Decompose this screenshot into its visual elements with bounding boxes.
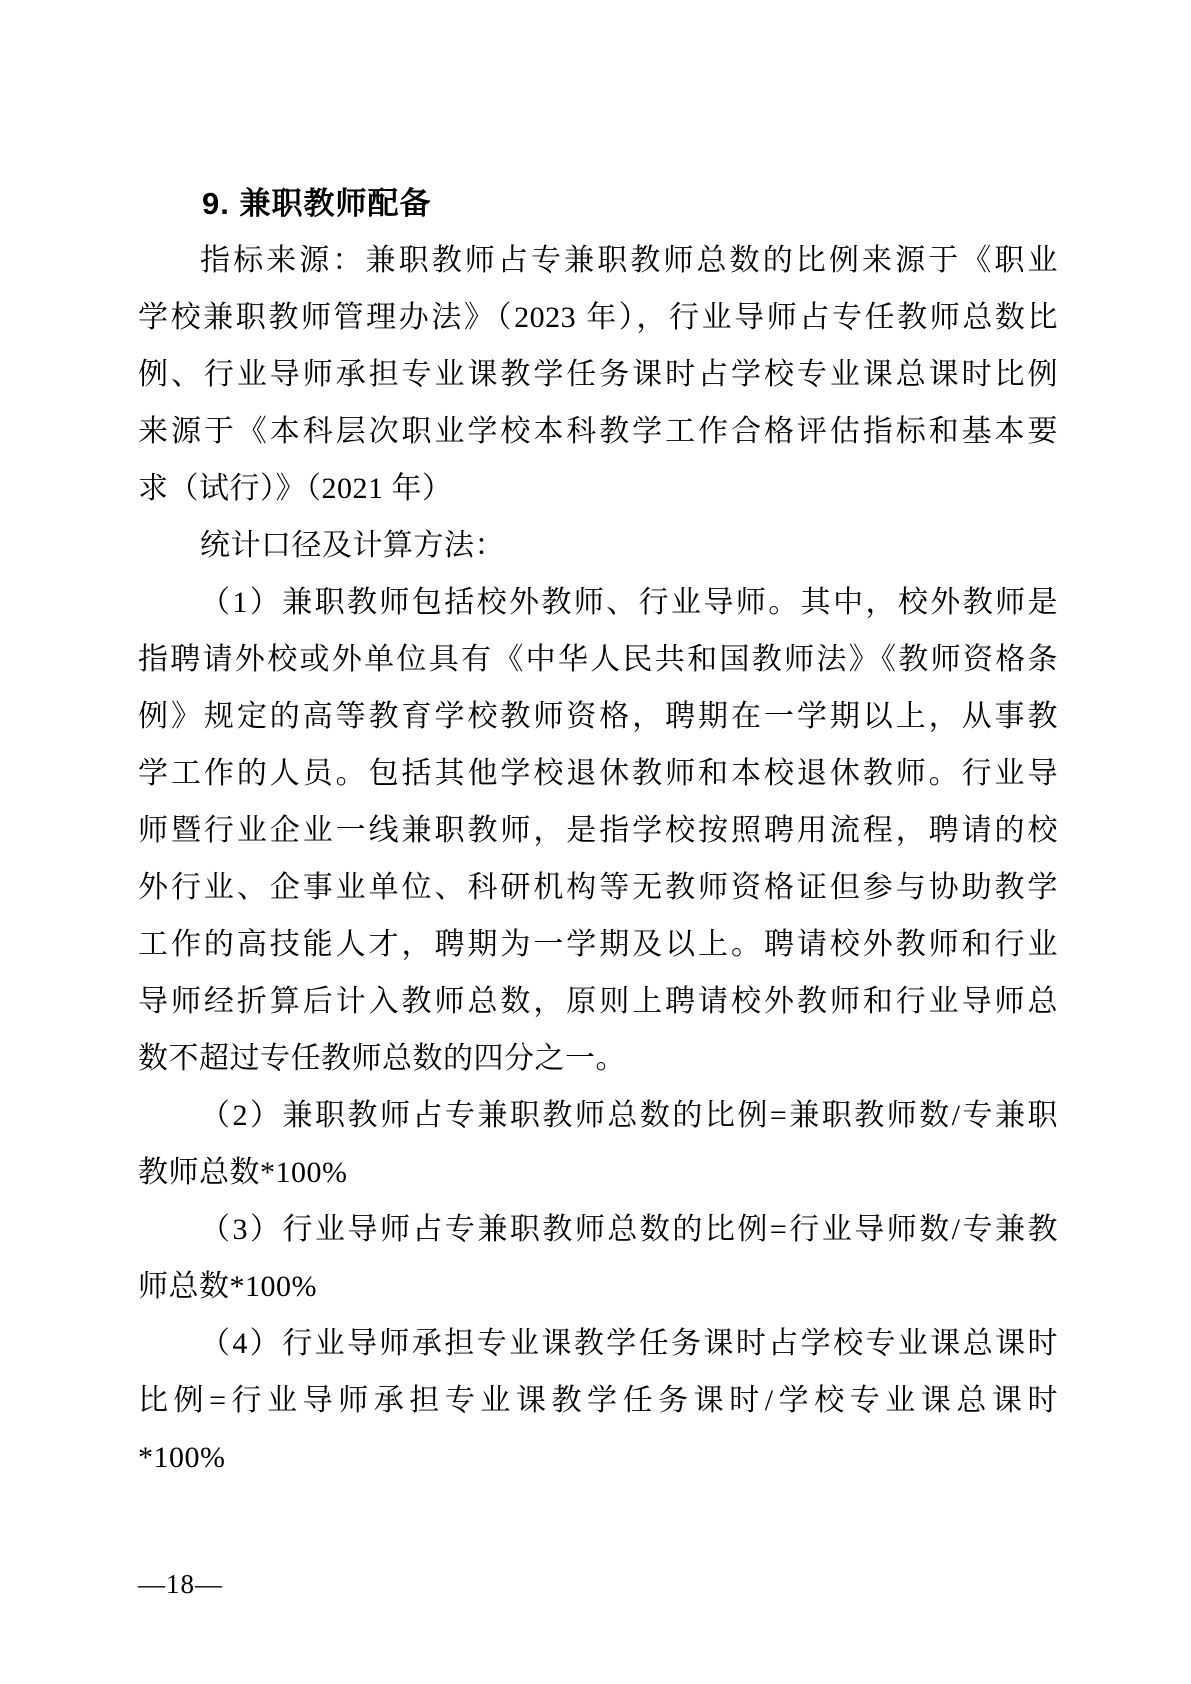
text-line: 例》规定的高等教育学校教师资格，聘期在一学期以上，从事教 — [138, 688, 1058, 745]
document-page: 9. 兼职教师配备 指标来源：兼职教师占专兼职教师总数的比例来源于《职业 学校兼… — [0, 0, 1191, 1684]
text-line: 学校兼职教师管理办法》（2023 年），行业导师占专任教师总数比 — [138, 289, 1058, 346]
text-line: 统计口径及计算方法： — [138, 517, 1058, 574]
text-line: 指聘请外校或外单位具有《中华人民共和国教师法》《教师资格条 — [138, 631, 1058, 688]
page-number: —18— — [138, 1568, 223, 1600]
text-line: 师总数*100% — [138, 1258, 1058, 1315]
text-line: 例、行业导师承担专业课教学任务课时占学校专业课总课时比例 — [138, 346, 1058, 403]
text-line: 工作的高技能人才，聘期为一学期及以上。聘请校外教师和行业 — [138, 916, 1058, 973]
text-line: 数不超过专任教师总数的四分之一。 — [138, 1030, 1058, 1087]
text-line: 教师总数*100% — [138, 1144, 1058, 1201]
text-line: 学工作的人员。包括其他学校退休教师和本校退休教师。行业导 — [138, 745, 1058, 802]
text-line: 来源于《本科层次职业学校本科教学工作合格评估指标和基本要 — [138, 403, 1058, 460]
section-heading: 9. 兼职教师配备 — [138, 175, 1058, 232]
text-line: （3）行业导师占专兼职教师总数的比例=行业导师数/专兼教 — [138, 1201, 1058, 1258]
text-line: 导师经折算后计入教师总数，原则上聘请校外教师和行业导师总 — [138, 973, 1058, 1030]
text-line: 比例=行业导师承担专业课教学任务课时/学校专业课总课时 — [138, 1372, 1058, 1429]
text-line: 师暨行业企业一线兼职教师，是指学校按照聘用流程，聘请的校 — [138, 802, 1058, 859]
text-line: （4）行业导师承担专业课教学任务课时占学校专业课总课时 — [138, 1315, 1058, 1372]
text-line: （2）兼职教师占专兼职教师总数的比例=兼职教师数/专兼职 — [138, 1087, 1058, 1144]
text-line: 外行业、企事业单位、科研机构等无教师资格证但参与协助教学 — [138, 859, 1058, 916]
text-line: 指标来源：兼职教师占专兼职教师总数的比例来源于《职业 — [138, 232, 1058, 289]
text-line: *100% — [138, 1429, 1058, 1486]
text-line: （1）兼职教师包括校外教师、行业导师。其中，校外教师是 — [138, 574, 1058, 631]
document-body: 9. 兼职教师配备 指标来源：兼职教师占专兼职教师总数的比例来源于《职业 学校兼… — [138, 175, 1058, 1486]
text-line: 求（试行）》（2021 年） — [138, 460, 1058, 517]
